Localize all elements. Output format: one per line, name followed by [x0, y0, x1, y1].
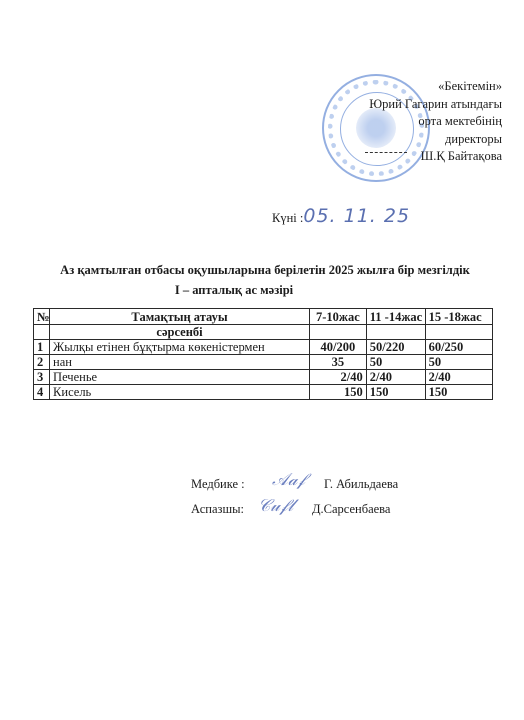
approval-line-3: директоры: [369, 131, 502, 149]
header-age-15-18: 15 -18жас: [425, 309, 492, 325]
row-portion-15-18: 150: [425, 385, 492, 400]
row-name: Печенье: [50, 370, 310, 385]
row-portion-11-14: 50: [366, 355, 425, 370]
approval-line-2: орта мектебінің: [369, 113, 502, 131]
row-num: 3: [34, 370, 50, 385]
header-food-name: Тамақтың атауы: [50, 309, 310, 325]
approval-line-1: Юрий Гагарин атындағы: [369, 96, 502, 114]
date-label: Күні :: [272, 211, 303, 225]
row-portion-15-18: 2/40: [425, 370, 492, 385]
row-name: Жылқы етінен бұқтырма көкеністермен: [50, 340, 310, 355]
table-header-row: № Тамақтың атауы 7-10жас 11 -14жас 15 -1…: [34, 309, 493, 325]
menu-table: № Тамақтың атауы 7-10жас 11 -14жас 15 -1…: [33, 308, 493, 400]
director-signature-line: [365, 152, 407, 153]
nurse-signature-scribble-icon: 𝒜𝒶𝒻: [272, 470, 305, 490]
table-day-row: сәрсенбі: [34, 325, 493, 340]
row-portion-7-10: 150: [310, 385, 367, 400]
row-num: 1: [34, 340, 50, 355]
nurse-name: Г. Абильдаева: [324, 477, 398, 492]
day-label: сәрсенбі: [50, 325, 310, 340]
header-age-7-10: 7-10жас: [310, 309, 367, 325]
cook-name: Д.Сарсенбаева: [312, 502, 390, 517]
table-row: 4 Кисель 150 150 150: [34, 385, 493, 400]
row-portion-15-18: 50: [425, 355, 492, 370]
date-line: Күні :05. 11. 25: [272, 205, 410, 227]
row-portion-11-14: 150: [366, 385, 425, 400]
nurse-signature-label: Медбике :: [191, 477, 245, 492]
row-portion-11-14: 2/40: [366, 370, 425, 385]
approval-heading: «Бекітемін»: [369, 78, 502, 96]
table-row: 2 нан 35 50 50: [34, 355, 493, 370]
row-portion-7-10: 2/40: [310, 370, 367, 385]
row-num: 2: [34, 355, 50, 370]
table-row: 3 Печенье 2/40 2/40 2/40: [34, 370, 493, 385]
table-row: 1 Жылқы етінен бұқтырма көкеністермен 40…: [34, 340, 493, 355]
header-age-11-14: 11 -14жас: [366, 309, 425, 325]
row-name: Кисель: [50, 385, 310, 400]
cook-signature-scribble-icon: 𝒞𝓊𝒻𝓁: [258, 496, 293, 516]
row-num: 4: [34, 385, 50, 400]
row-name: нан: [50, 355, 310, 370]
row-portion-7-10: 35: [310, 355, 367, 370]
row-portion-11-14: 50/220: [366, 340, 425, 355]
date-value: 05. 11. 25: [303, 205, 410, 227]
cook-signature-label: Аспазшы:: [191, 502, 244, 517]
approval-director-name: Ш.Қ Байтақова: [369, 148, 502, 166]
document-title: Аз қамтылған отбасы оқушыларына берілеті…: [10, 263, 520, 278]
document-subtitle: I – апталық ас мәзірі: [0, 283, 468, 298]
header-num: №: [34, 309, 50, 325]
row-portion-15-18: 60/250: [425, 340, 492, 355]
row-portion-7-10: 40/200: [310, 340, 367, 355]
